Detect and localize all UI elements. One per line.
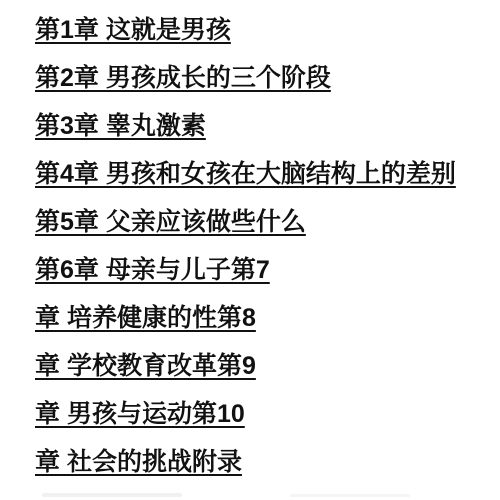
toc-item-2[interactable]: 第2章 男孩成长的三个阶段 (35, 54, 331, 102)
toc-item-9[interactable]: 章 男孩与运动第10 (35, 390, 245, 438)
clipped-next-line-fragment-right (290, 494, 410, 497)
toc-item-1[interactable]: 第1章 这就是男孩 (35, 6, 231, 54)
toc-item-7[interactable]: 章 培养健康的性第8 (35, 294, 256, 342)
toc-item-8[interactable]: 章 学校教育改革第9 (35, 342, 256, 390)
table-of-contents: 第1章 这就是男孩 第2章 男孩成长的三个阶段 第3章 睾丸激素 第4章 男孩和… (0, 0, 500, 486)
toc-item-3[interactable]: 第3章 睾丸激素 (35, 102, 206, 150)
toc-item-6[interactable]: 第6章 母亲与儿子第7 (35, 246, 270, 294)
toc-item-4[interactable]: 第4章 男孩和女孩在大脑结构上的差别 (35, 150, 456, 198)
toc-item-5[interactable]: 第5章 父亲应该做些什么 (35, 198, 306, 246)
toc-item-10[interactable]: 章 社会的挑战附录 (35, 438, 242, 486)
clipped-next-line-fragment (42, 493, 182, 497)
